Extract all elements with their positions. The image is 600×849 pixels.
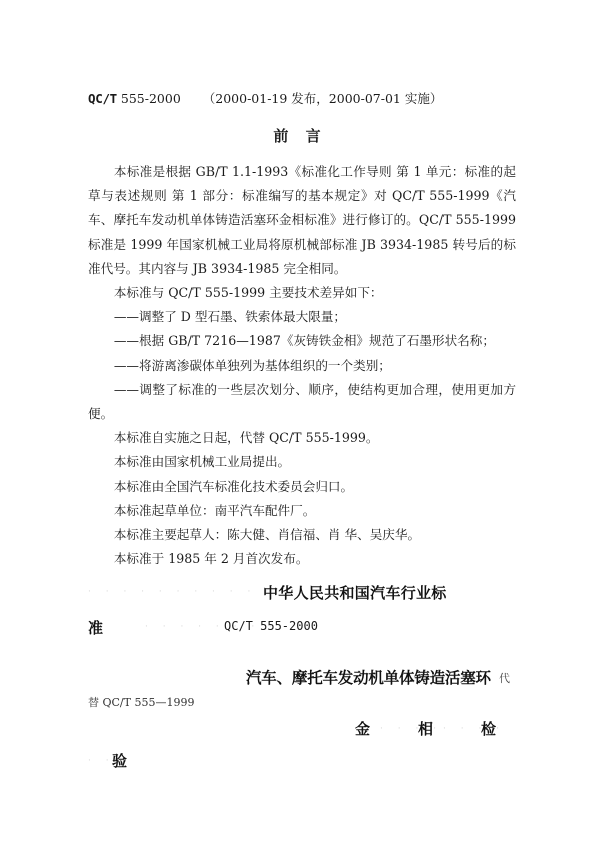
standard-name: 汽车、摩托车发动机单体铸造活塞环 [246,666,491,688]
subtitle-char-3: 检 [481,718,496,739]
subtitle-char-1: 金 [355,718,370,739]
list-item-difference-4: ——调整了标准的一些层次划分、顺序，使结构更加合理，使用更加方便。 [88,378,516,426]
standard-number: 555-2000 [121,91,181,106]
paragraph-differences-intro: 本标准与 QC/T 555-1999 主要技术差异如下： [88,281,516,305]
cover-standard-code: QC/T 555-2000 [224,619,318,633]
foreword-title: 前 言 [0,125,600,146]
replaces-prefix: 代 [499,670,510,686]
standard-code-prefix: QC/T [88,91,117,106]
paragraph-managed-by: 本标准由全国汽车标准化技术委员会归口。 [88,475,516,499]
standard-header-line: QC/T 555-2000 （2000-01-19 发布，2000-07-01 … [88,89,442,107]
foreword-body: 本标准是根据 GB/T 1.1-1993《标准化工作导则 第 1 单元：标准的起… [88,160,516,571]
publication-dates: （2000-01-19 发布，2000-07-01 实施） [203,91,443,106]
paragraph-replaces: 本标准自实施之日起，代替 QC/T 555-1999。 [88,426,516,450]
list-item-difference-1: ——调整了 D 型石墨、铁索体最大限量； [88,305,516,329]
paragraph-first-issued: 本标准于 1985 年 2 月首次发布。 [88,547,516,571]
issuer-line-1: 中华人民共和国汽车行业标 [263,582,447,603]
subtitle-char-4: 验 [112,750,127,771]
leader-dots: · · [88,756,115,766]
issuer-line-2: 准 [88,617,103,638]
paragraph-drafting-unit: 本标准起草单位：南平汽车配件厂。 [88,499,516,523]
paragraph-drafters: 本标准主要起草人：陈大健、肖信福、肖 华、吴庆华。 [88,523,516,547]
list-item-difference-2: ——根据 GB/T 7216—1987《灰铸铁金相》规范了石墨形状名称； [88,329,516,353]
paragraph-basis: 本标准是根据 GB/T 1.1-1993《标准化工作导则 第 1 单元：标准的起… [88,160,516,281]
subtitle-char-2: 相 [418,718,433,739]
replaces-line: 替 QC/T 555—1999 [88,694,194,710]
document-page: QC/T 555-2000 （2000-01-19 发布，2000-07-01 … [0,0,600,849]
list-item-difference-3: ——将游离渗碳体单独列为基体组织的一个类别； [88,354,516,378]
paragraph-proposed-by: 本标准由国家机械工业局提出。 [88,450,516,474]
